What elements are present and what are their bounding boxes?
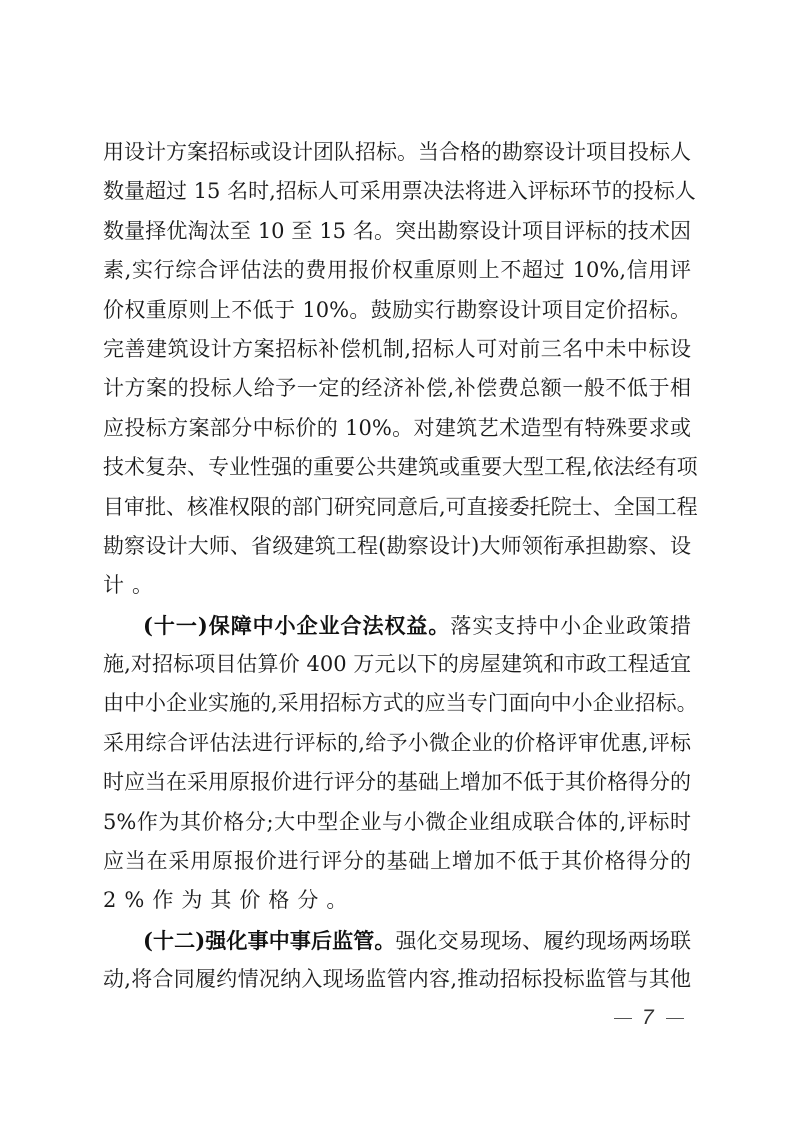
section-heading-12: (十二)强化事中事后监管。: [143, 928, 395, 953]
section-heading-11: (十一)保障中小企业合法权益。: [143, 613, 450, 638]
paragraph-line: 应当在采用原报价进行评分的基础上增加不低于其价格得分的: [103, 842, 691, 881]
paragraph-line: 技术复杂、专业性强的重要公共建筑或重要大型工程,依法经有项: [103, 448, 691, 487]
document-page: 用设计方案招标或设计团队招标。当合格的勘察设计项目投标人 数量超过 15 名时,…: [0, 0, 793, 1122]
paragraph-line: 应投标方案部分中标价的 10%。对建筑艺术造型有特殊要求或: [103, 409, 691, 448]
paragraph-line: 施,对招标项目估算价 400 万元以下的房屋建筑和市政工程适宜: [103, 645, 691, 684]
paragraph-line: 目审批、核准权限的部门研究同意后,可直接委托院士、全国工程: [103, 488, 691, 527]
paragraph-line: 完善建筑设计方案招标补偿机制,招标人可对前三名中未中标设: [103, 330, 691, 369]
paragraph-line: 数量择优淘汰至 10 至 15 名。突出勘察设计项目评标的技术因: [103, 212, 691, 251]
paragraph-line: 5%作为其价格分;大中型企业与小微企业组成联合体的,评标时: [103, 803, 691, 842]
document-body: 用设计方案招标或设计团队招标。当合格的勘察设计项目投标人 数量超过 15 名时,…: [103, 133, 691, 1000]
section-11-text: 落实支持中小企业政策措: [450, 614, 691, 638]
section-12-text: 强化交易现场、履约现场两场联: [395, 929, 691, 953]
paragraph-line: 2%作为其价格分。: [103, 881, 691, 920]
paragraph-line: 采用综合评估法进行评标的,给予小微企业的价格评审优惠,评标: [103, 724, 691, 763]
paragraph-line: 计方案的投标人给予一定的经济补偿,补偿费总额一般不低于相: [103, 369, 691, 408]
paragraph-line: 用设计方案招标或设计团队招标。当合格的勘察设计项目投标人: [103, 133, 691, 172]
paragraph-line: 时应当在采用原报价进行评分的基础上增加不低于其价格得分的: [103, 763, 691, 802]
paragraph-line: 动,将合同履约情况纳入现场监管内容,推动招标投标监管与其他: [103, 960, 691, 999]
paragraph-line: 计。: [103, 566, 691, 605]
dash-left: [614, 1018, 632, 1019]
paragraph-line: 素,实行综合评估法的费用报价权重原则上不超过 10%,信用评: [103, 251, 691, 290]
section-11-first-line: (十一)保障中小企业合法权益。落实支持中小企业政策措: [103, 606, 691, 645]
page-number-value: 7: [642, 1006, 656, 1029]
section-12-first-line: (十二)强化事中事后监管。强化交易现场、履约现场两场联: [103, 921, 691, 960]
paragraph-line: 价权重原则上不低于 10%。鼓励实行勘察设计项目定价招标。: [103, 291, 691, 330]
paragraph-line: 由中小企业实施的,采用招标方式的应当专门面向中小企业招标。: [103, 684, 691, 723]
dash-right: [666, 1018, 684, 1019]
paragraph-line: 数量超过 15 名时,招标人可采用票决法将进入评标环节的投标人: [103, 172, 691, 211]
page-number: 7: [604, 1006, 694, 1030]
paragraph-line: 勘察设计大师、省级建筑工程(勘察设计)大师领衔承担勘察、设: [103, 527, 691, 566]
